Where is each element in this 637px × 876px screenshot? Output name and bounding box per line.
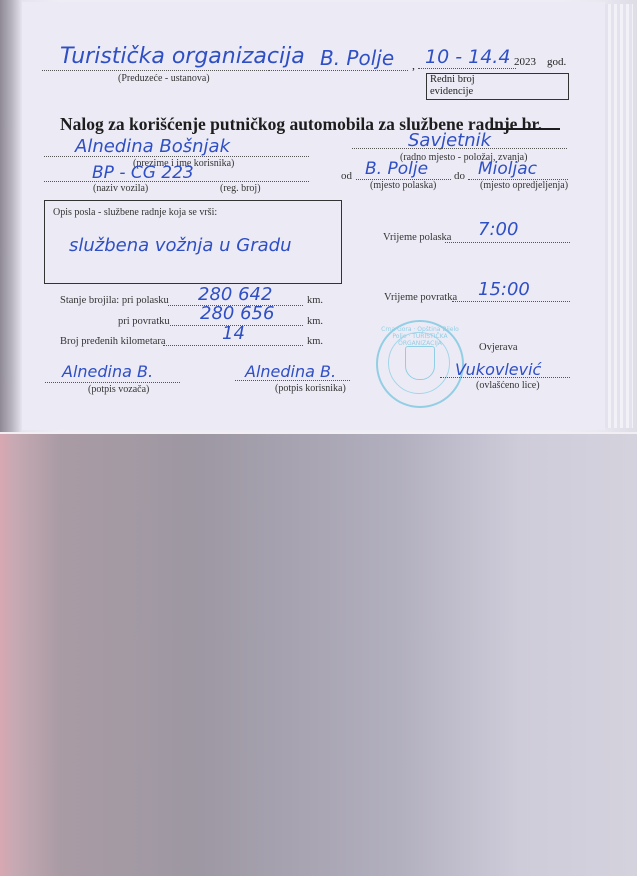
organization-label: (Preduzeće - ustanova) (118, 73, 210, 84)
distance-value: 14 (222, 323, 245, 344)
return-time-label: Vrijeme povratka (384, 292, 457, 303)
year-value: 23 (525, 56, 536, 68)
certifier-heading: Ovjerava (479, 342, 517, 353)
return-time-line (452, 301, 570, 302)
job-description-box[interactable]: Opis posla - službene radnje koja se vrš… (44, 200, 342, 284)
departure-time-value: 7:00 (478, 219, 518, 240)
departure-time-line (445, 242, 570, 243)
vehicle-line (44, 181, 309, 182)
job-description-value: službena vožnja u Gradu (69, 235, 292, 256)
user-name-line (44, 156, 309, 157)
order-number-line[interactable] (490, 128, 560, 130)
distance-label: Broj pređenih kilometara (60, 336, 166, 347)
driver-signature-label: (potpis vozača) (88, 384, 149, 395)
user-signature-line (235, 380, 350, 381)
vehicle-value: BP - CG 223 (92, 163, 194, 183)
odometer-start-unit: km. (307, 295, 323, 306)
stamp-text: Crna Gora · Opština Bijelo Polje · TURIS… (378, 326, 462, 347)
position-line (352, 148, 567, 149)
distance-unit: km. (307, 336, 323, 347)
year-prefix: 20 (514, 56, 525, 68)
certifier-signature-line (440, 377, 570, 378)
date-value: 10 - 14.4 (425, 46, 510, 68)
from-prefix: od (341, 170, 352, 182)
user-name-value: Alnedina Bošnjak (75, 136, 230, 157)
from-value: B. Polje (365, 159, 428, 179)
date-line (418, 68, 516, 69)
odometer-start-value: 280 642 (198, 284, 272, 305)
to-prefix: do (454, 170, 465, 182)
place-value: B. Polje (320, 46, 394, 70)
driver-signature-line (45, 382, 180, 383)
certifier-signature-label: (ovlašćeno lice) (476, 380, 540, 391)
return-time-value: 15:00 (478, 279, 530, 300)
odometer-start-label: Stanje brojila: pri polasku (60, 295, 169, 306)
odometer-return-value: 280 656 (200, 303, 274, 324)
odometer-return-label: pri povratku (118, 316, 170, 327)
coat-of-arms-icon (405, 346, 435, 380)
from-label: (mjesto polaska) (370, 180, 436, 191)
distance-line (163, 345, 303, 346)
evidence-number-box[interactable]: Redni broj evidencije (426, 73, 569, 100)
user-signature-label: (potpis korisnika) (275, 383, 346, 394)
organization-line (42, 70, 267, 71)
job-description-label: Opis posla - službene radnje koja se vrš… (53, 207, 217, 218)
official-stamp: Crna Gora · Opština Bijelo Polje · TURIS… (376, 320, 464, 408)
year-label: 2023 (514, 56, 536, 68)
evidence-label-2: evidencije (427, 86, 568, 98)
to-value: Mioljac (478, 159, 537, 179)
vehicle-reg-label: (reg. broj) (220, 183, 261, 194)
driver-signature: Alnedina B. (62, 362, 153, 381)
odometer-return-unit: km. (307, 316, 323, 327)
page-edges (605, 4, 633, 428)
year-suffix: god. (547, 56, 566, 68)
comma: , (412, 58, 415, 73)
departure-time-label: Vrijeme polaska (383, 232, 451, 243)
vehicle-name-label: (naziv vozila) (93, 183, 148, 194)
evidence-label-1: Redni broj (427, 74, 568, 86)
user-signature: Alnedina B. (245, 362, 336, 381)
to-label: (mjesto opredjeljenja) (480, 180, 568, 191)
place-line (268, 70, 408, 71)
organization-value: Turistička organizacija (60, 44, 305, 69)
